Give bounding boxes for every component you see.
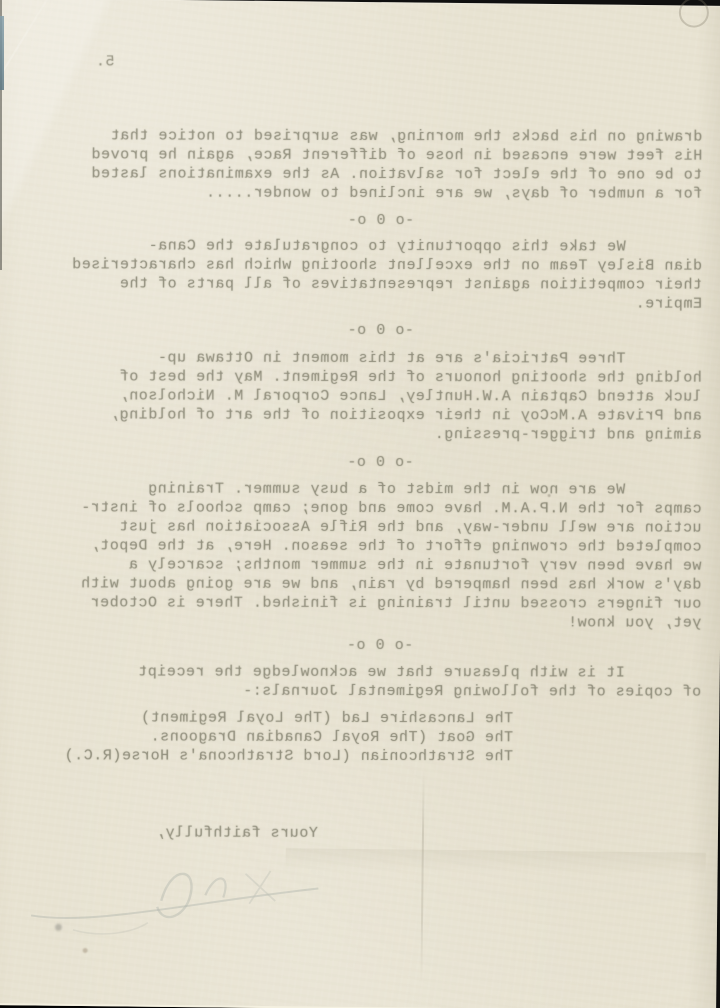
signature-scrawl — [13, 841, 354, 949]
paragraph-3: Three Patricia's are at this moment in O… — [109, 348, 701, 444]
paper-sheet: 5. drawing on his backs the morning, was… — [0, 0, 720, 1008]
paragraph-4: We are now in the midst of a busy summer… — [80, 479, 701, 632]
section-separator-4: -o 0 o- — [346, 636, 413, 655]
paragraph-1: drawing on his backs the morning, was su… — [91, 126, 702, 203]
paragraph-2: We take this opportunity to congratulate… — [72, 236, 703, 313]
section-separator-1: -o 0 o- — [347, 211, 414, 230]
scanned-document-page: 5. drawing on his backs the morning, was… — [0, 0, 720, 1008]
blue-edge-tab — [0, 16, 4, 90]
page-number: 5. — [95, 52, 114, 71]
section-separator-2: -o 0 o- — [347, 321, 414, 340]
paragraph-5: It is with pleasure that we acknowledge … — [138, 662, 702, 701]
signoff: Yours faithfully, — [155, 824, 317, 843]
journal-list: The Lancashire Lad (The Loyal Regiment) … — [64, 708, 513, 766]
section-separator-3: -o 0 o- — [347, 453, 414, 472]
